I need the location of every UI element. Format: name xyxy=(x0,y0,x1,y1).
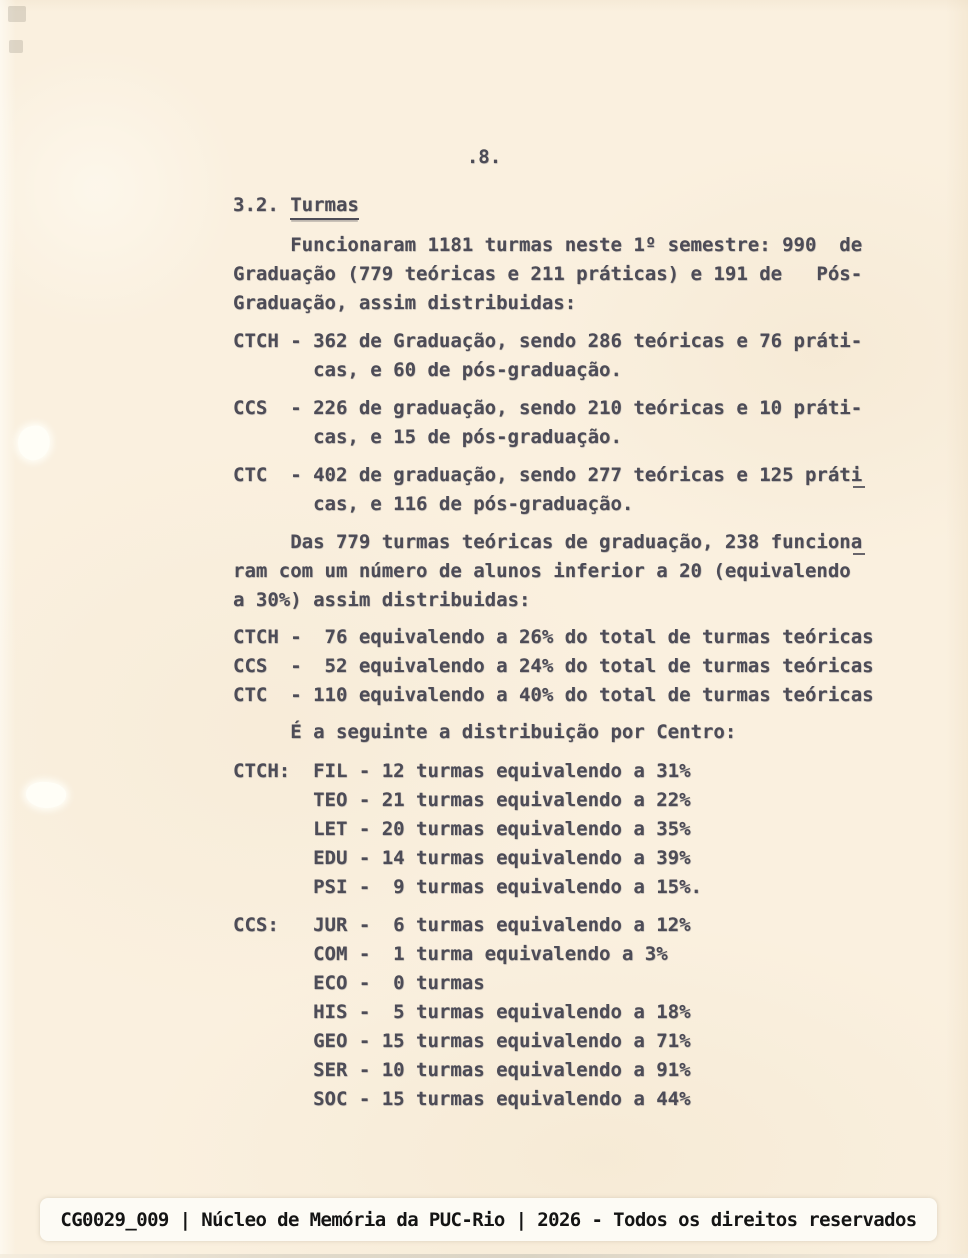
scanner-artifact-mark xyxy=(9,40,23,53)
section-number: 3.2. xyxy=(233,194,279,216)
section-title: Turmas xyxy=(290,194,359,220)
paragraph-small-classes: Das 779 turmas teóricas de graduação, 23… xyxy=(233,528,862,615)
scanner-artifact-mark xyxy=(8,6,26,22)
hyphenation-underline xyxy=(853,553,865,555)
punch-hole-glare xyxy=(24,779,67,810)
page-bottom-edge xyxy=(0,1254,968,1258)
totals-small-classes: CTCH - 76 equivalendo a 26% do total de … xyxy=(233,623,874,710)
archive-watermark-text: CG0029_009 | Núcleo de Memória da PUC-Ri… xyxy=(60,1209,916,1231)
archive-watermark-banner: CG0029_009 | Núcleo de Memória da PUC-Ri… xyxy=(40,1198,937,1241)
section-heading: 3.2. Turmas xyxy=(233,191,359,220)
distribution-item-ctch: CTCH - 362 de Graduação, sendo 286 teóri… xyxy=(233,327,862,385)
distribution-item-ctc: CTC - 402 de graduação, sendo 277 teóric… xyxy=(233,461,862,519)
page-number: .8. xyxy=(0,143,968,172)
paragraph-intro: Funcionaram 1181 turmas neste 1º semestr… xyxy=(233,231,862,318)
centro-list-ccs: CCS: JUR - 6 turmas equivalendo a 12% CO… xyxy=(233,911,691,1114)
hyphenation-underline xyxy=(853,486,865,488)
scanned-document-page: .8. 3.2. Turmas Funcionaram 1181 turmas … xyxy=(0,0,968,1258)
distribution-item-ccs: CCS - 226 de graduação, sendo 210 teóric… xyxy=(233,394,862,452)
centro-list-ctch: CTCH: FIL - 12 turmas equivalendo a 31% … xyxy=(233,757,702,902)
punch-hole-glare xyxy=(15,423,53,463)
centro-distribution-intro: É a seguinte a distribuição por Centro: xyxy=(233,718,736,747)
